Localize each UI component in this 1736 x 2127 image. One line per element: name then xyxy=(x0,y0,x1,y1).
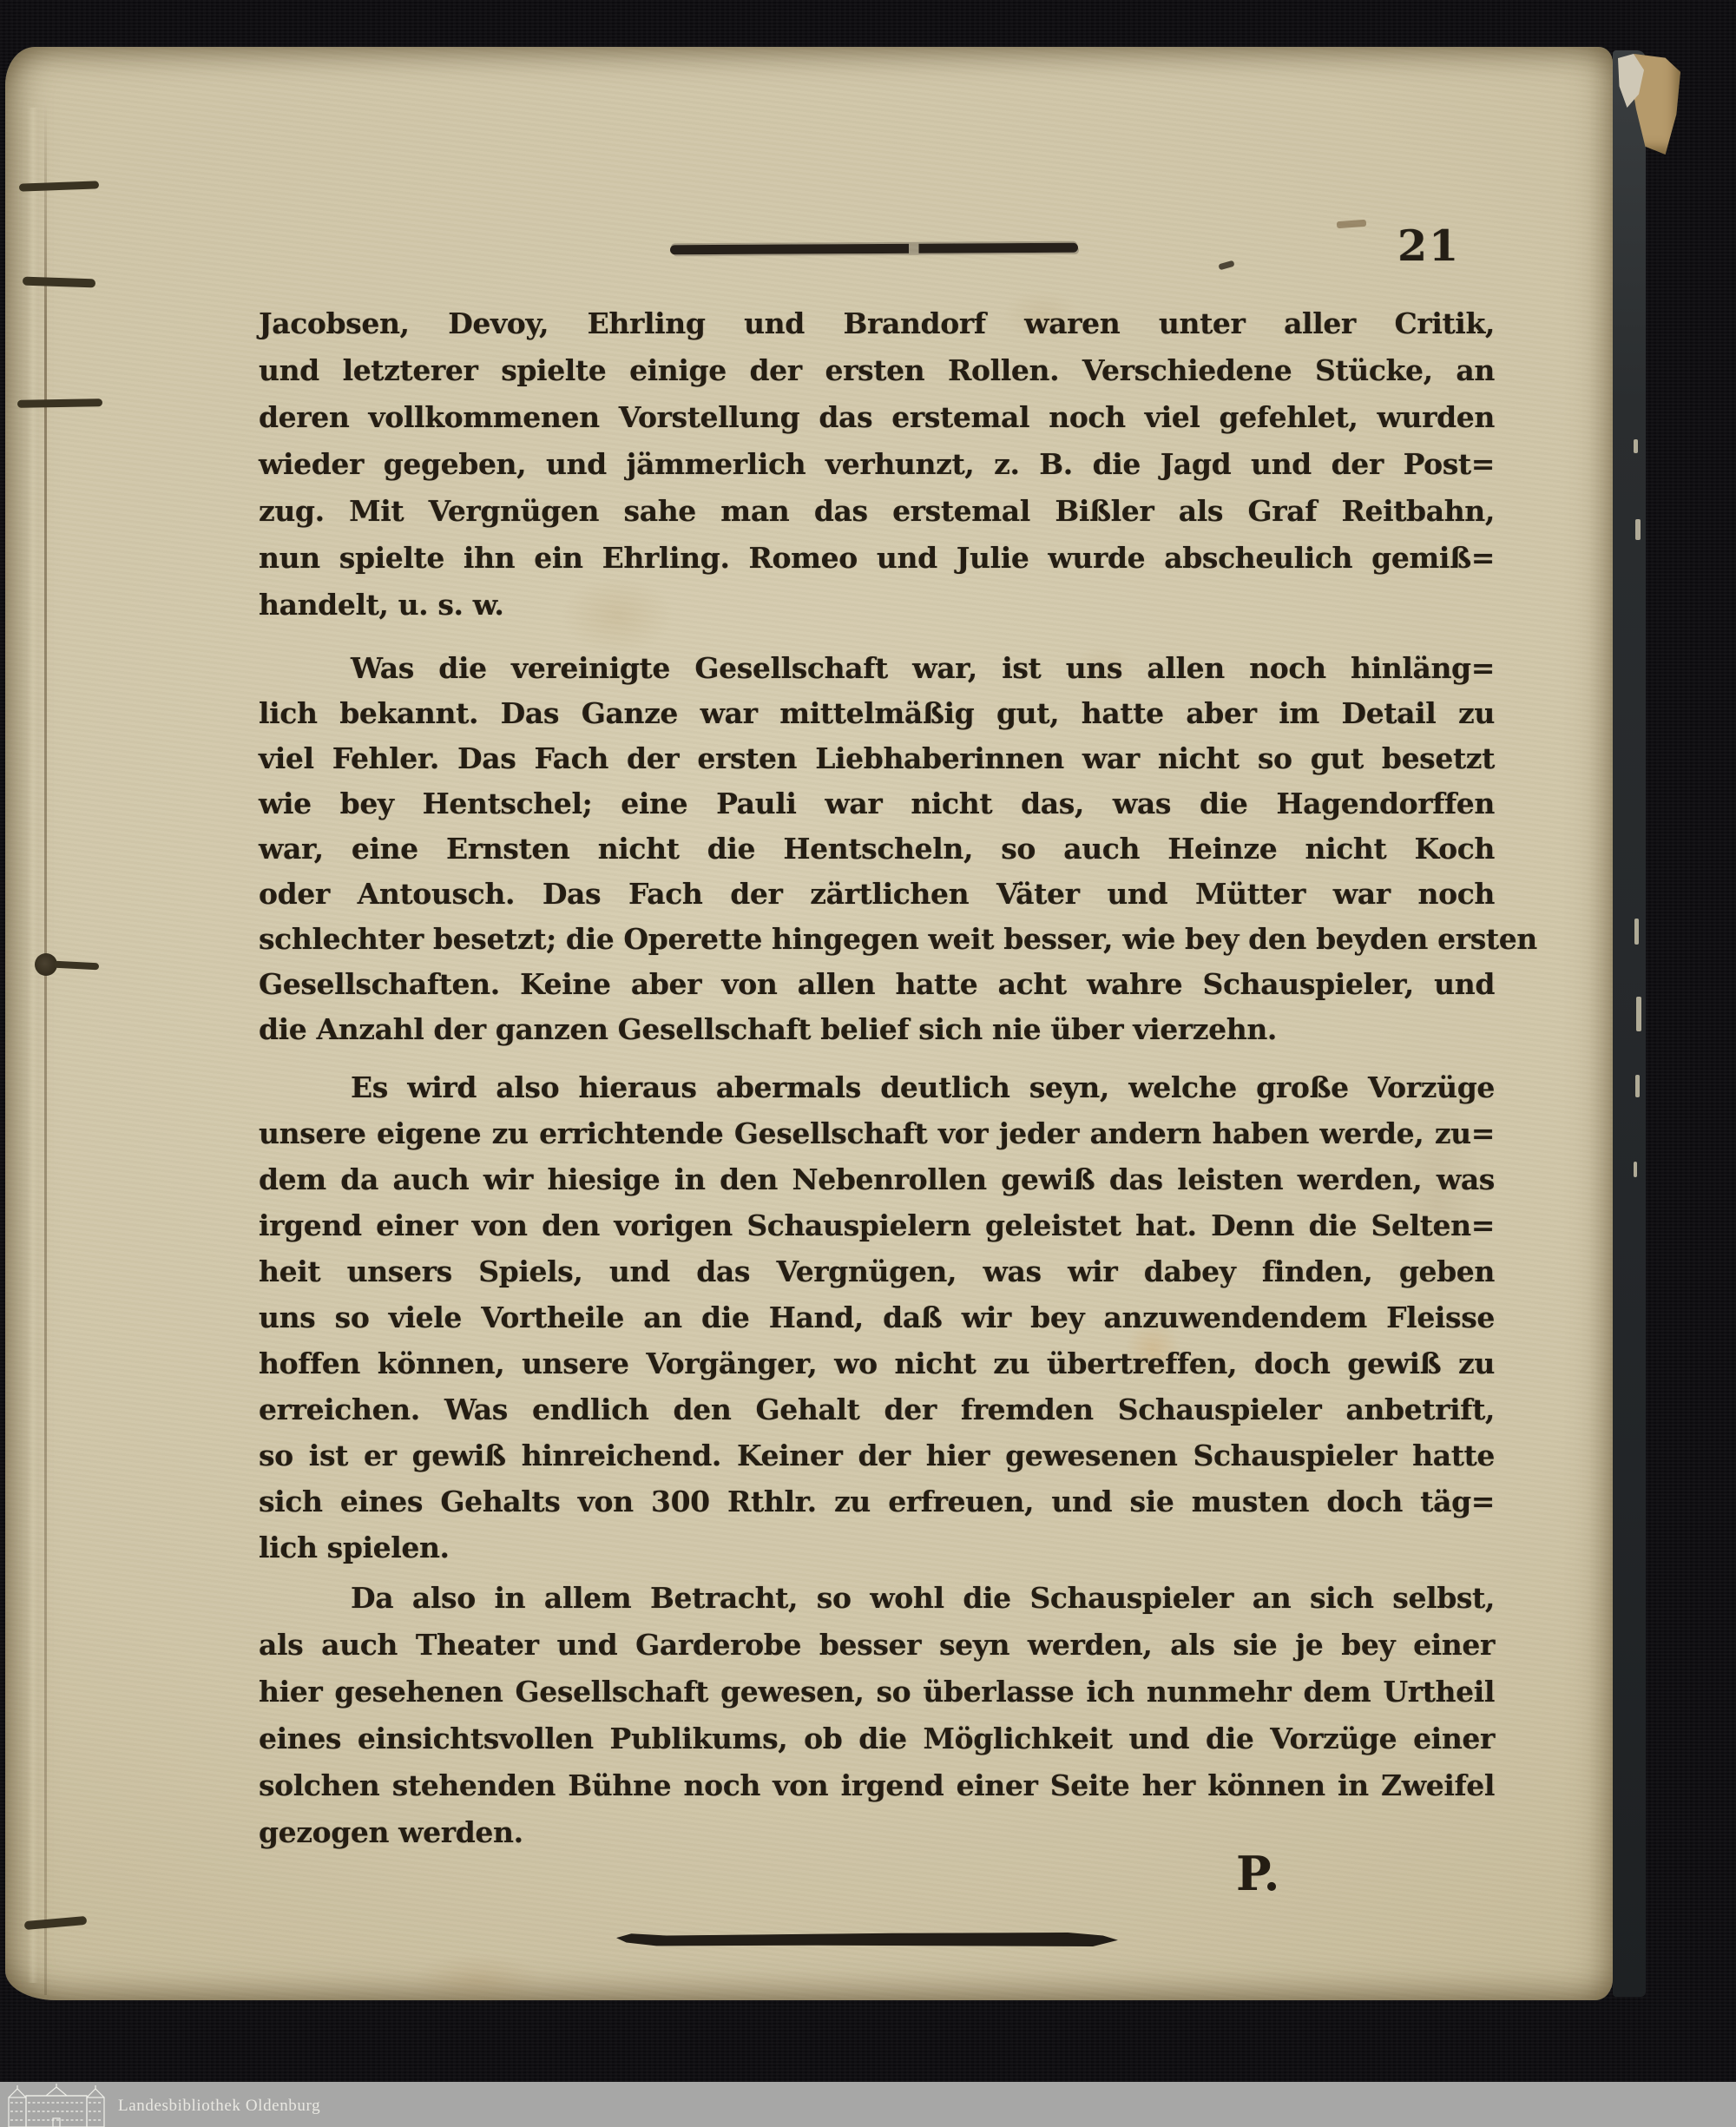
text-line: deren vollkommenen Vorstellung das erste… xyxy=(259,394,1495,441)
text-line: lich bekannt. Das Ganze war mittelmäßig … xyxy=(259,691,1495,736)
text-line: Was die vereinigte Gesellschaft war, ist… xyxy=(259,646,1495,691)
text-line: unsere eigene zu errichtende Gesellschaf… xyxy=(259,1110,1495,1156)
stitch-mark xyxy=(17,398,102,408)
text-line: gezogen werden. xyxy=(259,1809,1495,1856)
text-line: uns so viele Vortheile an die Hand, daß … xyxy=(259,1294,1495,1340)
ink-smudge xyxy=(1337,220,1366,228)
text-line: Es wird also hieraus abermals deutlich s… xyxy=(259,1064,1495,1110)
author-initial: P. xyxy=(1236,1846,1279,1901)
stitch-mark xyxy=(19,181,99,191)
text-line: Gesellschaften. Keine aber von allen hat… xyxy=(259,962,1495,1007)
paragraph: Es wird also hieraus abermals deutlich s… xyxy=(259,1064,1495,1571)
paper-stain xyxy=(413,1953,543,2005)
ink-smudge xyxy=(1218,260,1234,271)
library-footer-bar: Landesbibliothek Oldenburg xyxy=(0,2082,1736,2127)
binding-crease xyxy=(44,102,47,1995)
paper-fleck xyxy=(1634,439,1638,453)
text-line: die Anzahl der ganzen Gesellschaft belie… xyxy=(259,1007,1495,1052)
text-line: wieder gegeben, und jämmerlich verhunzt,… xyxy=(259,441,1495,488)
text-line: erreichen. Was endlich den Gehalt der fr… xyxy=(259,1386,1495,1432)
text-line: zug. Mit Vergnügen sahe man das erstemal… xyxy=(259,488,1495,535)
paragraph: Da also in allem Betracht, so wohl die S… xyxy=(259,1575,1495,1856)
text-line: oder Antousch. Das Fach der zärtlichen V… xyxy=(259,872,1495,917)
text-line: so ist er gewiß hinreichend. Keiner der … xyxy=(259,1432,1495,1478)
binding-fold-highlight xyxy=(28,108,38,1983)
text-line: Jacobsen, Devoy, Ehrling und Brandorf wa… xyxy=(259,300,1495,347)
text-line: sich eines Gehalts von 300 Rthlr. zu erf… xyxy=(259,1478,1495,1524)
text-line: heit unsers Spiels, und das Vergnügen, w… xyxy=(259,1248,1495,1294)
library-building-icon xyxy=(5,2084,108,2127)
paragraph: Was die vereinigte Gesellschaft war, ist… xyxy=(259,646,1495,1052)
book-cover-edge xyxy=(1613,50,1646,1997)
text-line: hoffen können, unsere Vorgänger, wo nich… xyxy=(259,1340,1495,1386)
paper-fleck xyxy=(1635,1075,1640,1097)
paper-fleck xyxy=(1636,997,1641,1031)
text-line: schlechter besetzt; die Operette hingege… xyxy=(259,917,1495,962)
text-line: und letzterer spielte einige der ersten … xyxy=(259,347,1495,394)
footer-rule xyxy=(616,1933,1118,1946)
text-line: Da also in allem Betracht, so wohl die S… xyxy=(259,1575,1495,1622)
text-line: dem da auch wir hiesige in den Nebenroll… xyxy=(259,1156,1495,1202)
text-line: nun spielte ihn ein Ehrling. Romeo und J… xyxy=(259,535,1495,582)
paragraph: Jacobsen, Devoy, Ehrling und Brandorf wa… xyxy=(259,300,1495,629)
text-line: solchen stehenden Bühne noch von irgend … xyxy=(259,1762,1495,1809)
paper-fleck xyxy=(1635,519,1641,540)
text-line: irgend einer von den vorigen Schauspiele… xyxy=(259,1202,1495,1248)
stitch-mark xyxy=(54,961,99,971)
header-rule xyxy=(670,243,1078,254)
text-line: handelt, u. s. w. xyxy=(259,582,1495,629)
page-number: 21 xyxy=(1397,221,1460,271)
book-page: 21 Jacobsen, Devoy, Ehrling und Brandorf… xyxy=(5,47,1613,2000)
text-line: eines einsichtsvollen Publikums, ob die … xyxy=(259,1715,1495,1762)
paper-fleck xyxy=(1634,1162,1637,1177)
text-line: war, eine Ernsten nicht die Hentscheln, … xyxy=(259,826,1495,872)
text-line: viel Fehler. Das Fach der ersten Liebhab… xyxy=(259,736,1495,781)
library-name: Landesbibliothek Oldenburg xyxy=(118,2097,320,2116)
text-line: als auch Theater und Garderobe besser se… xyxy=(259,1622,1495,1669)
text-line: wie bey Hentschel; eine Pauli war nicht … xyxy=(259,781,1495,826)
text-line: lich spielen. xyxy=(259,1524,1495,1571)
paper-fleck xyxy=(1634,919,1639,945)
text-line: hier gesehenen Gesellschaft gewesen, so … xyxy=(259,1669,1495,1715)
